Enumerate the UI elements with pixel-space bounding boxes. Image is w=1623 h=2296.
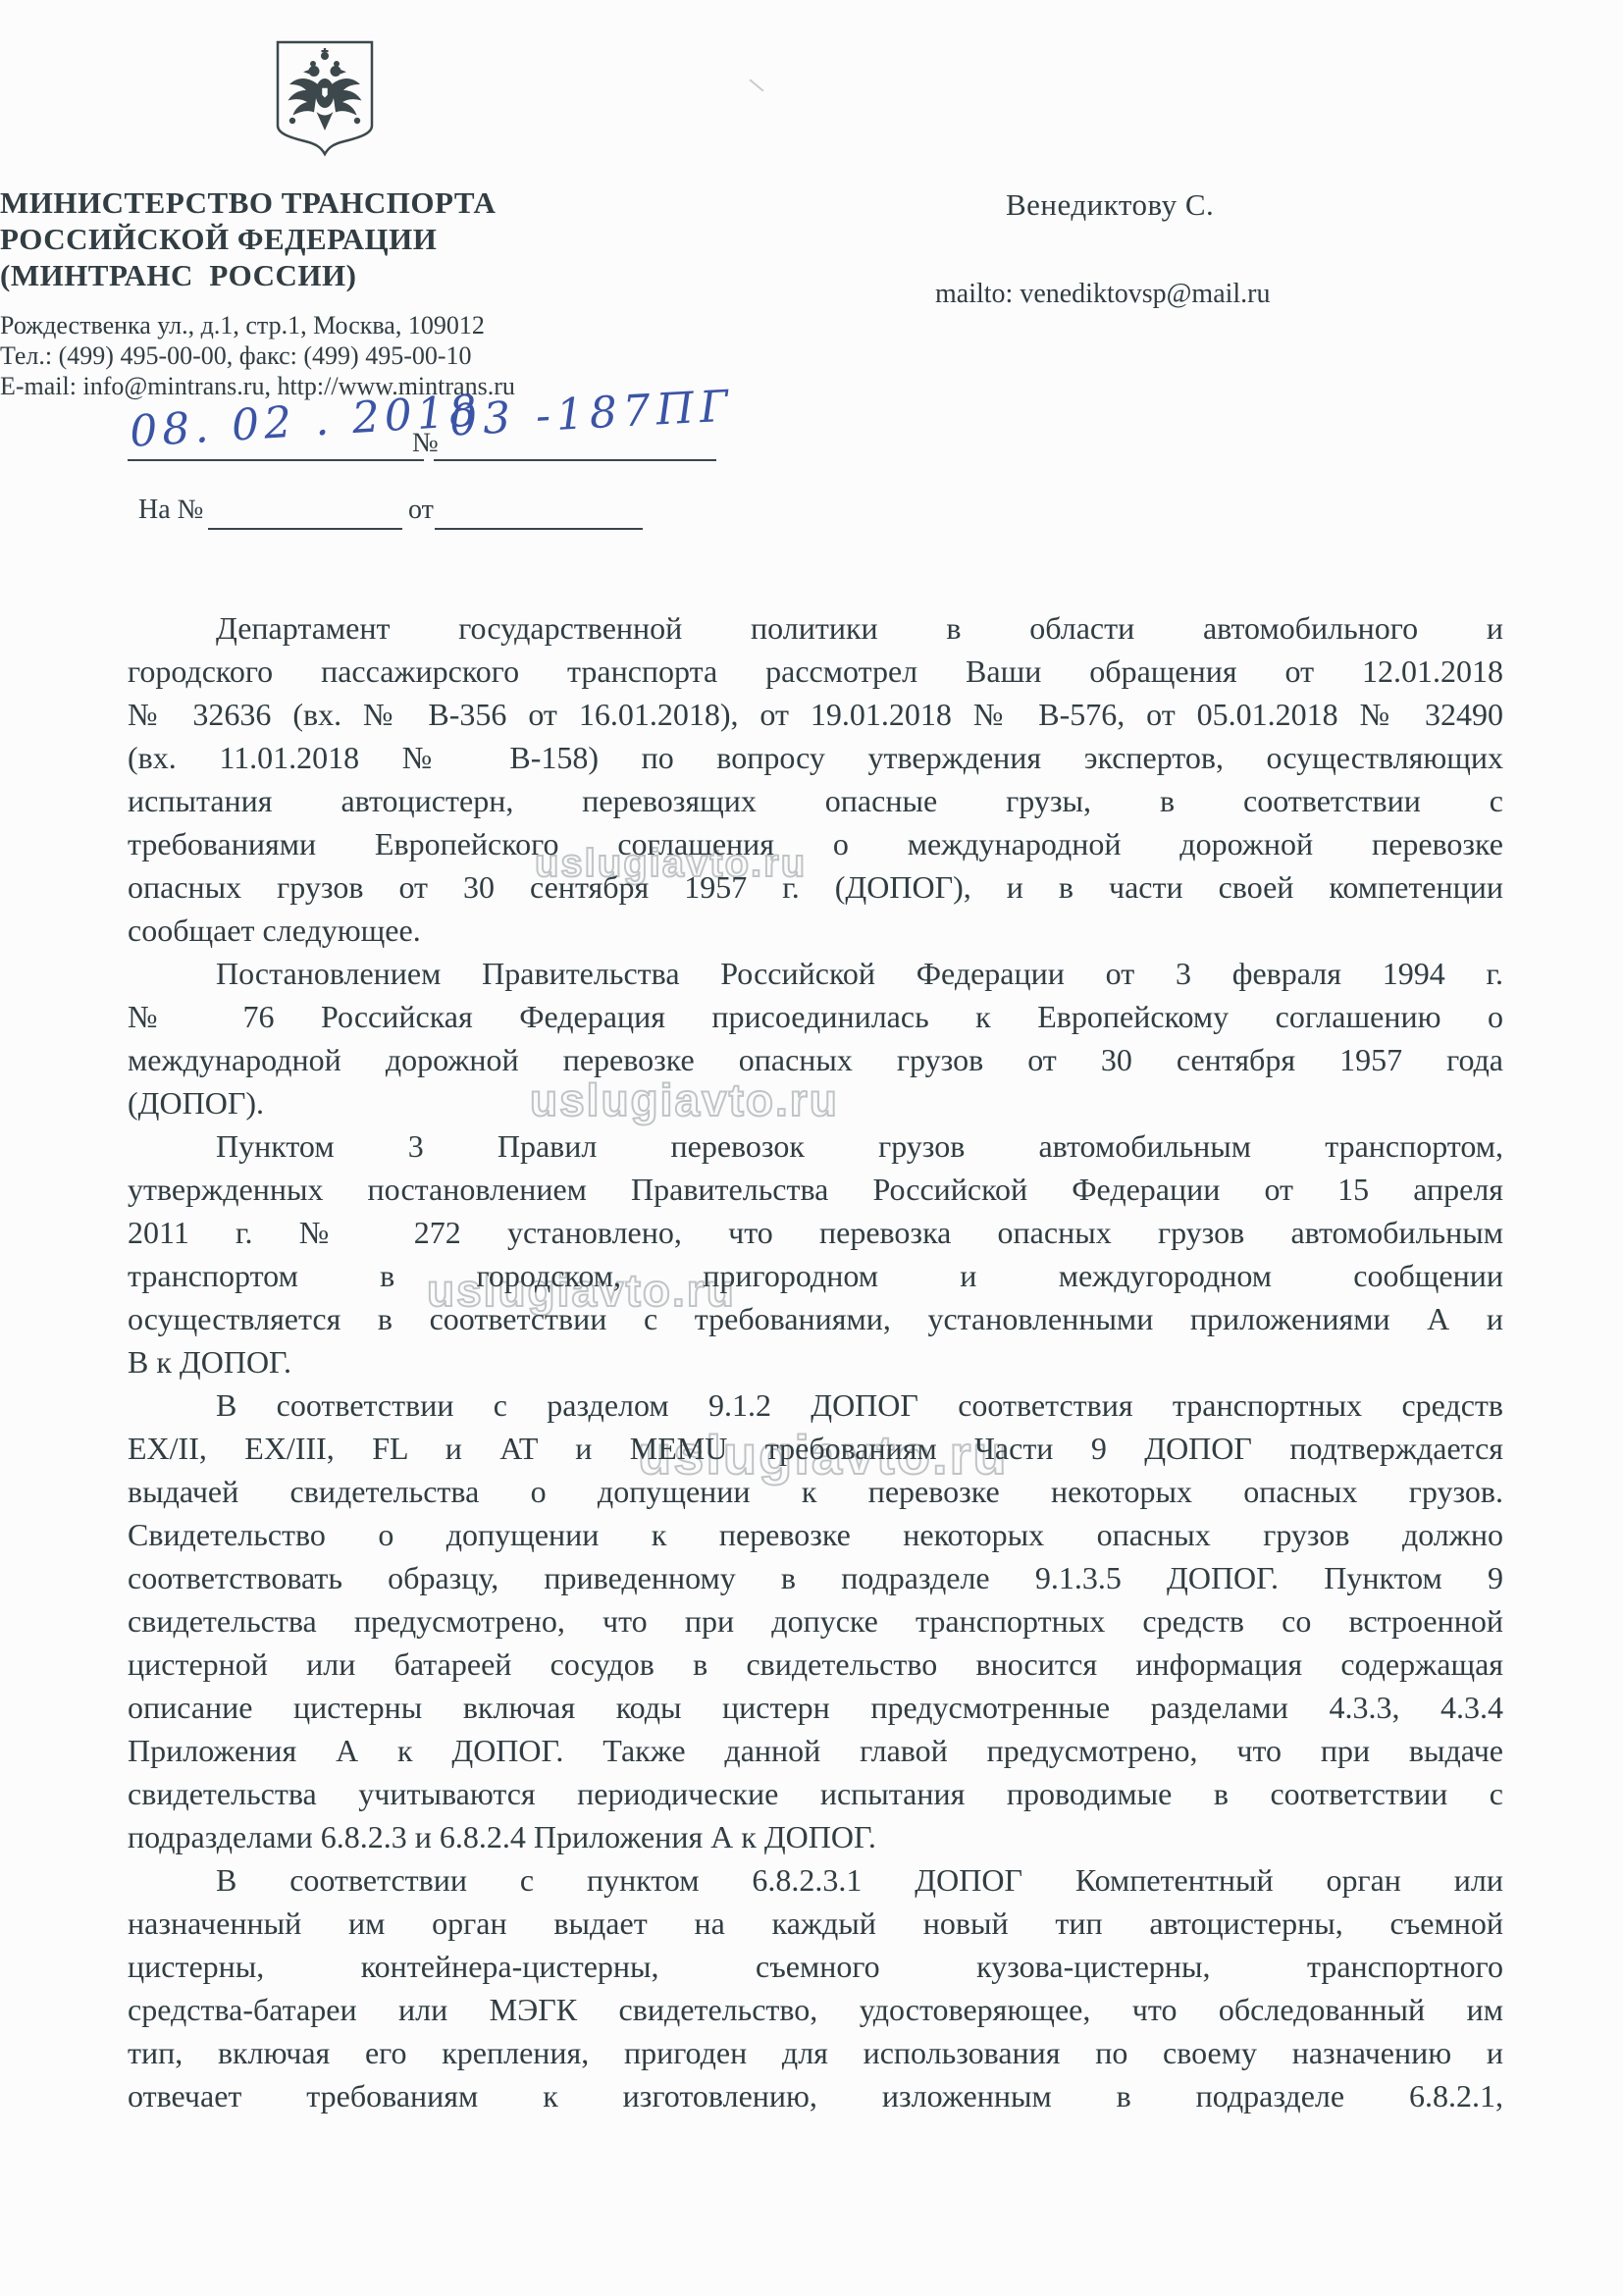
body-line: В к ДОПОГ.: [128, 1340, 1503, 1383]
body-line: 2011 г. № 272 установлено, что перевозка…: [128, 1211, 1503, 1254]
ministry-name-line3: (МИНТРАНС РОССИИ): [0, 257, 648, 293]
body-line: (ДОПОГ).: [128, 1081, 1503, 1124]
body-line: № 76 Российская Федерация присоединилась…: [128, 995, 1503, 1038]
ministry-name-line1: МИНИСТЕРСТВО ТРАНСПОРТА: [0, 184, 648, 221]
body-line: Постановлением Правительства Российской …: [128, 952, 1503, 995]
body-line: соответствовать образцу, приведенному в …: [128, 1556, 1503, 1599]
body-line: Свидетельство о допущении к перевозке не…: [128, 1513, 1503, 1556]
body-line: назначенный им орган выдает на каждый но…: [128, 1902, 1503, 1945]
body-line: подразделами 6.8.2.3 и 6.8.2.4 Приложени…: [128, 1815, 1503, 1858]
body-line: опасных грузов от 30 сентября 1957 г. (Д…: [128, 865, 1503, 909]
ministry-name-line2: РОССИЙСКОЙ ФЕДЕРАЦИИ: [0, 221, 648, 257]
body-line: описание цистерны включая коды цистерн п…: [128, 1686, 1503, 1729]
body-line: Департамент государственной политики в о…: [128, 606, 1503, 650]
ministry-name-block: МИНИСТЕРСТВО ТРАНСПОРТА РОССИЙСКОЙ ФЕДЕР…: [0, 184, 648, 293]
body-line: транспортом в городском, пригородном и м…: [128, 1254, 1503, 1297]
body-line: (вх. 11.01.2018 № В-158) по вопросу утве…: [128, 736, 1503, 779]
addressee-email: mailto: venediktovsp@mail.ru: [935, 279, 1271, 310]
body-text: Департамент государственной политики в о…: [128, 606, 1503, 2117]
body-line: отвечает требованиям к изготовлению, изл…: [128, 2074, 1503, 2117]
body-line: испытания автоцистерн, перевозящих опасн…: [128, 779, 1503, 822]
body-line: осуществляется в соответствии с требован…: [128, 1297, 1503, 1340]
number-sign-label: №: [412, 428, 439, 459]
ministry-contacts-block: Рождественка ул., д.1, стр.1, Москва, 10…: [0, 310, 648, 401]
date-underline: [128, 459, 424, 461]
body-line: № 32636 (вх. № В-356 от 16.01.2018), от …: [128, 693, 1503, 736]
incoming-na-label: На №: [138, 495, 203, 526]
body-line: сообщает следующее.: [128, 909, 1503, 952]
incoming-date-underline: [435, 528, 643, 530]
body-line: городского пассажирского транспорта расс…: [128, 650, 1503, 693]
body-line: свидетельства учитываются периодические …: [128, 1772, 1503, 1815]
scan-artifact-mark: [749, 78, 763, 91]
body-line: цистерны, контейнера-цистерны, съемного …: [128, 1945, 1503, 1988]
body-line: требованиями Европейского соглашения о м…: [128, 822, 1503, 865]
number-underline: [434, 459, 716, 461]
body-line: цистерной или батареей сосудов в свидете…: [128, 1643, 1503, 1686]
ministry-address: Рождественка ул., д.1, стр.1, Москва, 10…: [0, 310, 648, 340]
body-line: тип, включая его крепления, пригоден для…: [128, 2031, 1503, 2074]
body-line: утвержденных постановлением Правительств…: [128, 1168, 1503, 1211]
body-line: средства-батареи или МЭГК свидетельство,…: [128, 1988, 1503, 2031]
addressee-name: Венедиктову С.: [1006, 187, 1214, 223]
body-line: EX/II, EX/III, FL и AT и MEMU требования…: [128, 1427, 1503, 1470]
body-line: международной дорожной перевозке опасных…: [128, 1038, 1503, 1081]
body-line: Приложения А к ДОПОГ. Также данной главо…: [128, 1729, 1503, 1772]
body-line: Пунктом 3 Правил перевозок грузов автомо…: [128, 1124, 1503, 1168]
coat-of-arms-icon: [269, 37, 381, 165]
body-line: свидетельства предусмотрено, что при доп…: [128, 1599, 1503, 1643]
scanned-letter-page: МИНИСТЕРСТВО ТРАНСПОРТА РОССИЙСКОЙ ФЕДЕР…: [0, 0, 1623, 2296]
body-line: В соответствии с пунктом 6.8.2.3.1 ДОПОГ…: [128, 1858, 1503, 1902]
body-line: выдачей свидетельства о допущении к пере…: [128, 1470, 1503, 1513]
incoming-number-underline: [208, 528, 402, 530]
ministry-phone: Тел.: (499) 495-00-00, факс: (499) 495-0…: [0, 340, 648, 371]
incoming-ot-label: от: [408, 495, 434, 526]
body-line: В соответствии с разделом 9.1.2 ДОПОГ со…: [128, 1383, 1503, 1427]
